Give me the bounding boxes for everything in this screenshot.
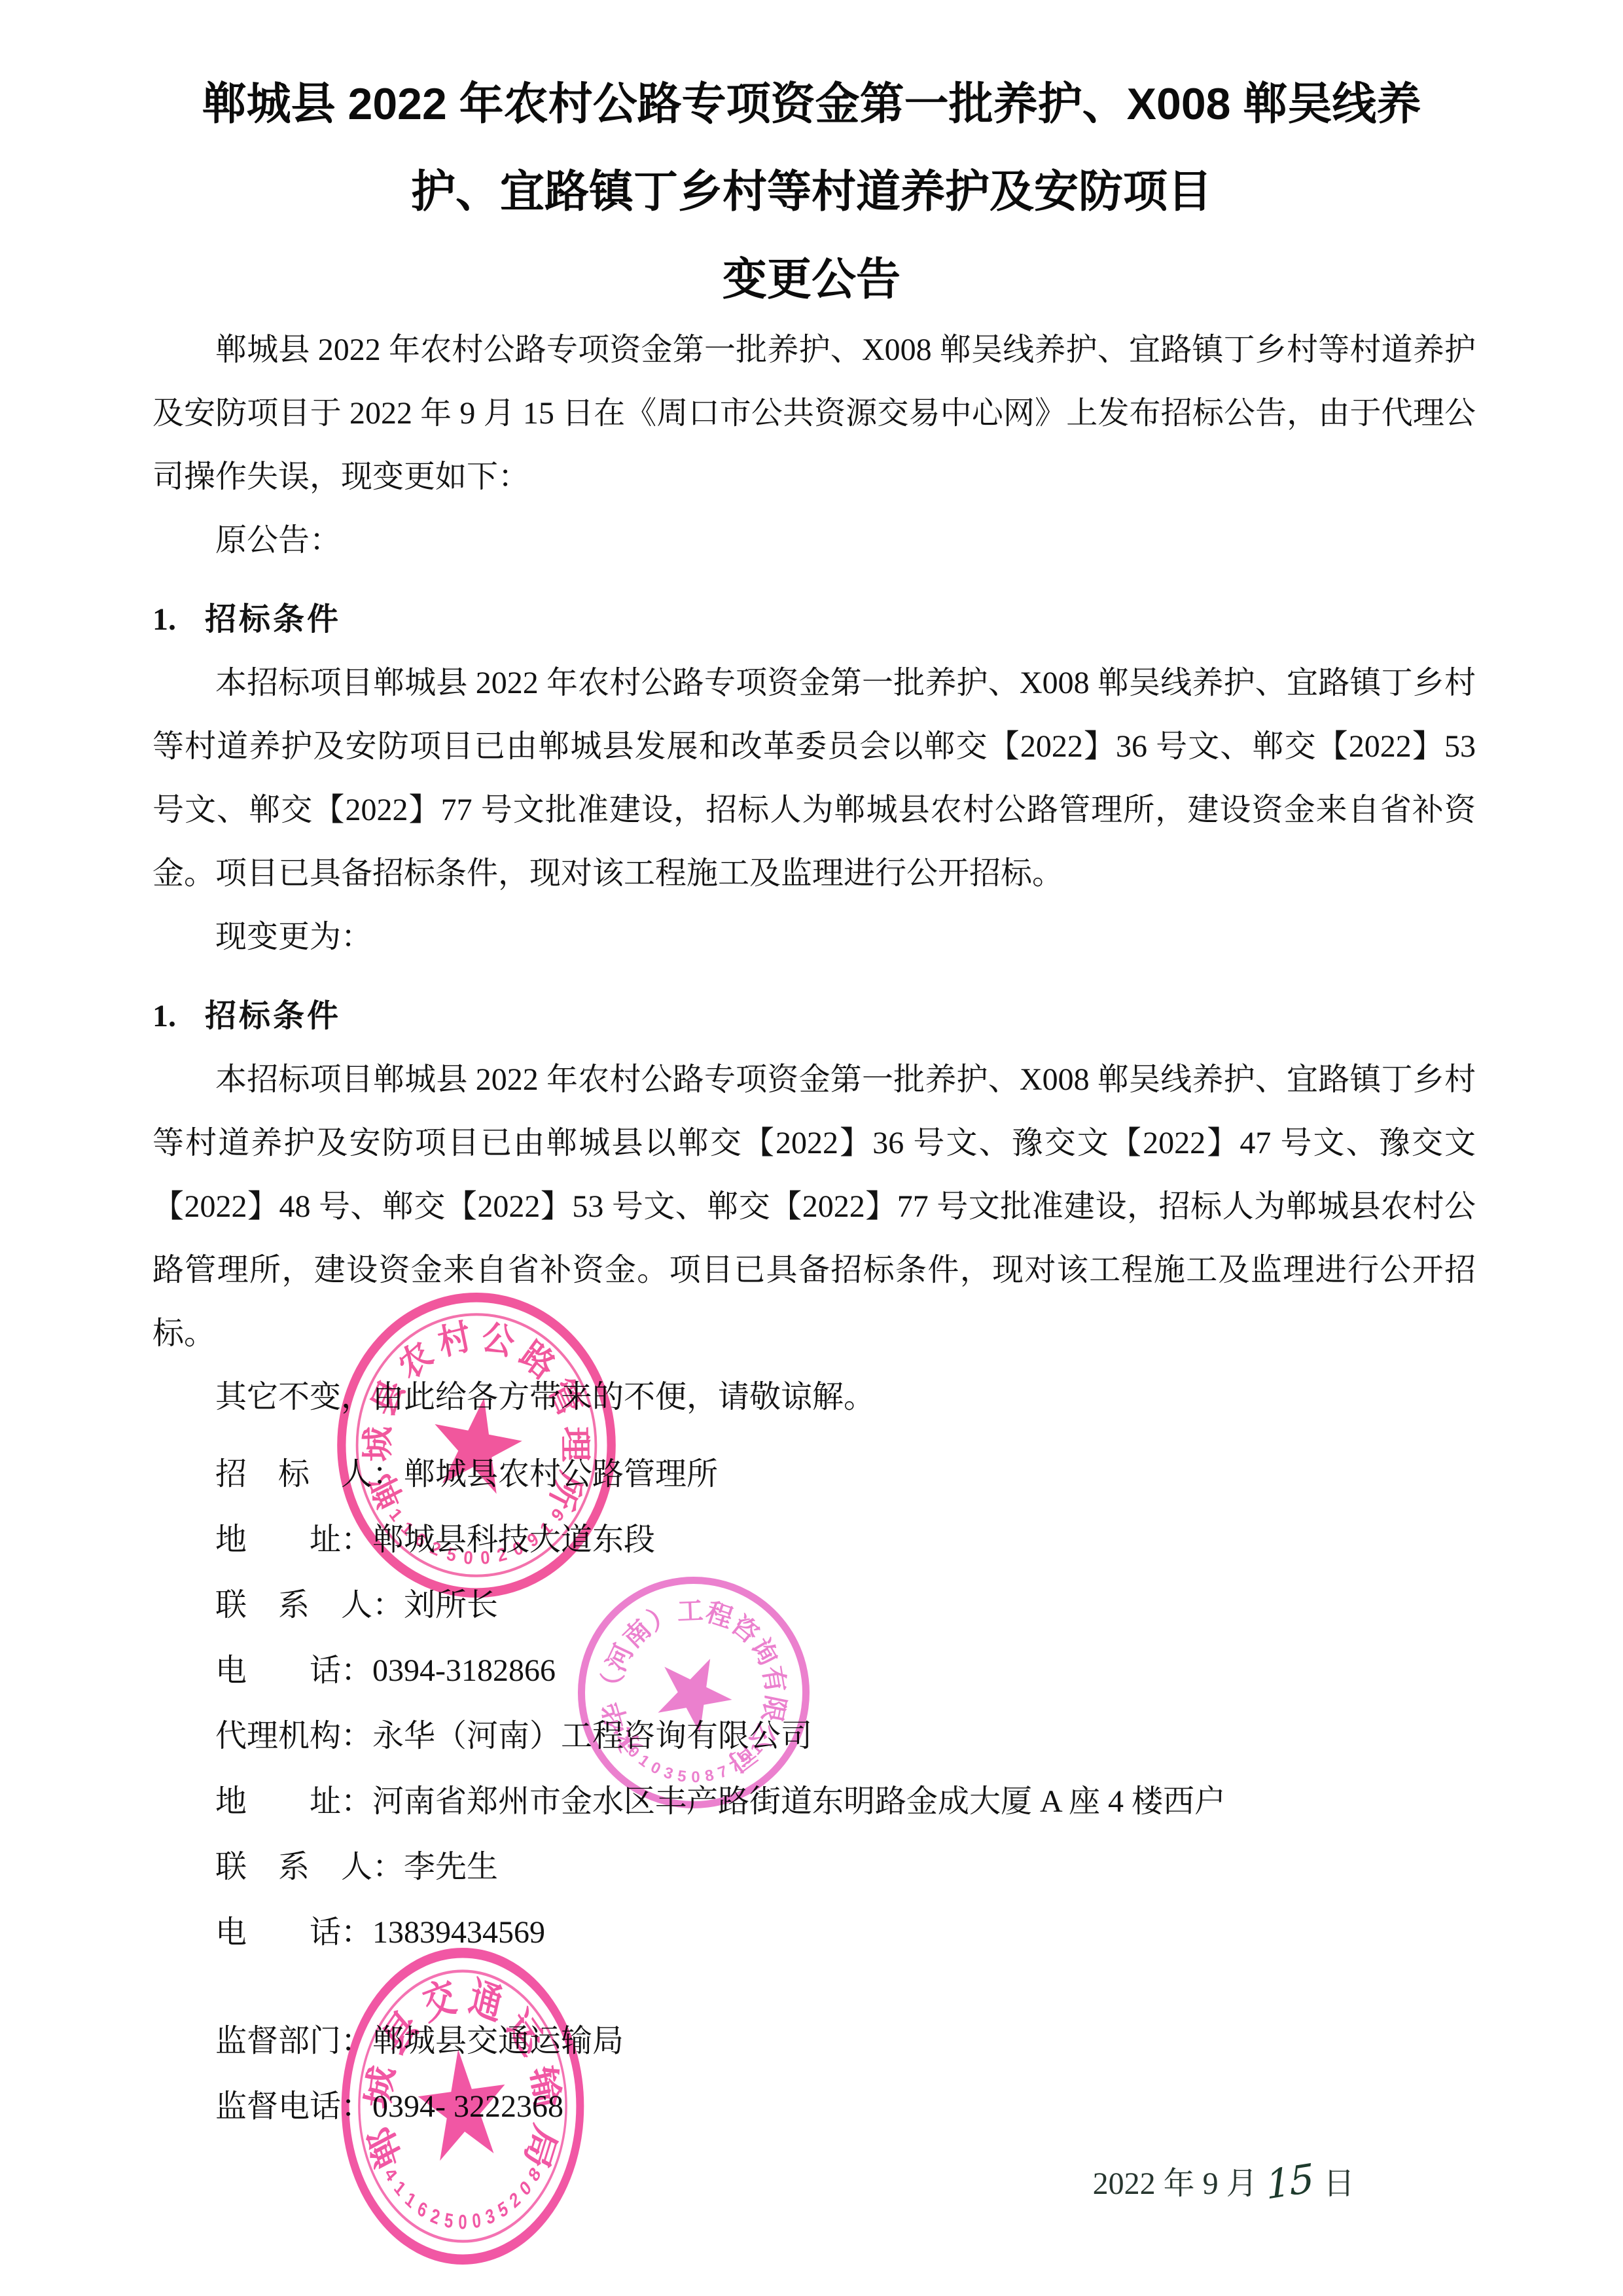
contact-label: 电 话： bbox=[215, 1653, 372, 1688]
seal-code-digit: 5 bbox=[441, 1543, 461, 1566]
star-icon: ★ bbox=[633, 1629, 755, 1756]
document-title: 郸城县 2022 年农村公路专项资金第一批养护、X008 郸吴线养 护、宜路镇丁… bbox=[79, 60, 1544, 323]
official-seal-agency: ★ 永华（河南）工程咨询有限公司4101035087791 bbox=[578, 1577, 810, 1808]
contact-value: 李先生 bbox=[404, 1850, 498, 1884]
seal-ring-char: （ bbox=[599, 1672, 627, 1700]
seal-ring-char: 理 bbox=[558, 1426, 591, 1462]
document-subtitle: 变更公告 bbox=[79, 236, 1544, 323]
contact-label: 联 系 人： bbox=[215, 1850, 404, 1884]
contact-value: 0394-3182866 bbox=[372, 1653, 556, 1688]
contact-row-agency: 代理机构：永华（河南）工程咨询有限公司 bbox=[152, 1704, 1476, 1769]
intro-paragraph: 郸城县 2022 年农村公路专项资金第一批养护、X008 郸吴线养护、宜路镇丁乡… bbox=[152, 318, 1476, 509]
date-suffix: 日 bbox=[1323, 2166, 1355, 2201]
seal-ring-char: 输 bbox=[526, 2063, 563, 2112]
handwritten-day: 15 bbox=[1264, 2142, 1314, 2222]
seal-ring-char: 村 bbox=[435, 1319, 474, 1361]
contact-label: 联 系 人： bbox=[215, 1588, 404, 1623]
contact-row-agency-person: 联 系 人：李先生 bbox=[152, 1835, 1476, 1900]
seal-code-digit: 0 bbox=[476, 1548, 494, 1568]
date-prefix: 2022 年 9 月 bbox=[1093, 2166, 1258, 2201]
section-number: 1. bbox=[152, 602, 176, 637]
contact-row-agency-phone: 电 话：13839434569 bbox=[152, 1900, 1476, 1965]
section-title: 招标条件 bbox=[205, 999, 341, 1033]
document-title-line-2: 护、宜路镇丁乡村等村道养护及安防项目 bbox=[79, 148, 1544, 236]
contact-label: 地 址： bbox=[215, 1784, 372, 1819]
star-icon: ★ bbox=[406, 2025, 520, 2187]
seal-code-digit: 0 bbox=[459, 1548, 477, 1568]
section-body-original: 本招标项目郸城县 2022 年农村公路专项资金第一批养护、X008 郸吴线养护、… bbox=[152, 651, 1476, 905]
seal-ring-char: 有 bbox=[758, 1664, 789, 1695]
changed-to-label: 现变更为： bbox=[152, 905, 1476, 969]
seal-ring-char: 工 bbox=[677, 1598, 704, 1625]
contact-row-agency-address: 地 址：河南省郑州市金水区丰产路街道东明路金成大厦 A 座 4 楼西户 bbox=[152, 1769, 1476, 1835]
seal-ring-char: 城 bbox=[362, 2063, 399, 2112]
scanned-announcement-page: 郸城县 2022 年农村公路专项资金第一批养护、X008 郸吴线养 护、宜路镇丁… bbox=[0, 0, 1623, 2296]
document-title-line-1: 郸城县 2022 年农村公路专项资金第一批养护、X008 郸吴线养 bbox=[79, 60, 1544, 148]
official-seal-bidder: ★ 郸城县农村公路管理所116250020919 bbox=[330, 1299, 623, 1592]
seal-disc: ★ 永华（河南）工程咨询有限公司4101035087791 bbox=[563, 1562, 825, 1823]
official-seal-supervisor: ★ 郸城县交通运输局4116250035208 bbox=[320, 1964, 605, 2249]
original-announcement-label: 原公告： bbox=[152, 509, 1476, 572]
section-number: 1. bbox=[152, 999, 176, 1033]
document-body: 郸城县 2022 年农村公路专项资金第一批养护、X008 郸吴线养护、宜路镇丁乡… bbox=[152, 318, 1476, 2220]
seal-disc: ★ 郸城县交通运输局4116250035208 bbox=[342, 1948, 584, 2265]
contact-label: 电 话： bbox=[215, 1915, 372, 1950]
star-icon: ★ bbox=[416, 1373, 538, 1518]
seal-ring-char: 限 bbox=[758, 1693, 789, 1724]
section-heading-original: 1.招标条件 bbox=[152, 588, 1476, 651]
contact-value: 13839434569 bbox=[372, 1915, 545, 1950]
seal-disc: ★ 郸城县农村公路管理所116250020919 bbox=[337, 1293, 616, 1598]
section-title: 招标条件 bbox=[205, 602, 341, 637]
section-heading-changed: 1.招标条件 bbox=[152, 984, 1476, 1048]
contact-row-bidder-phone: 电 话：0394-3182866 bbox=[152, 1638, 1476, 1704]
seal-ring-char: 城 bbox=[362, 1426, 395, 1462]
contact-label: 代理机构： bbox=[215, 1719, 372, 1753]
